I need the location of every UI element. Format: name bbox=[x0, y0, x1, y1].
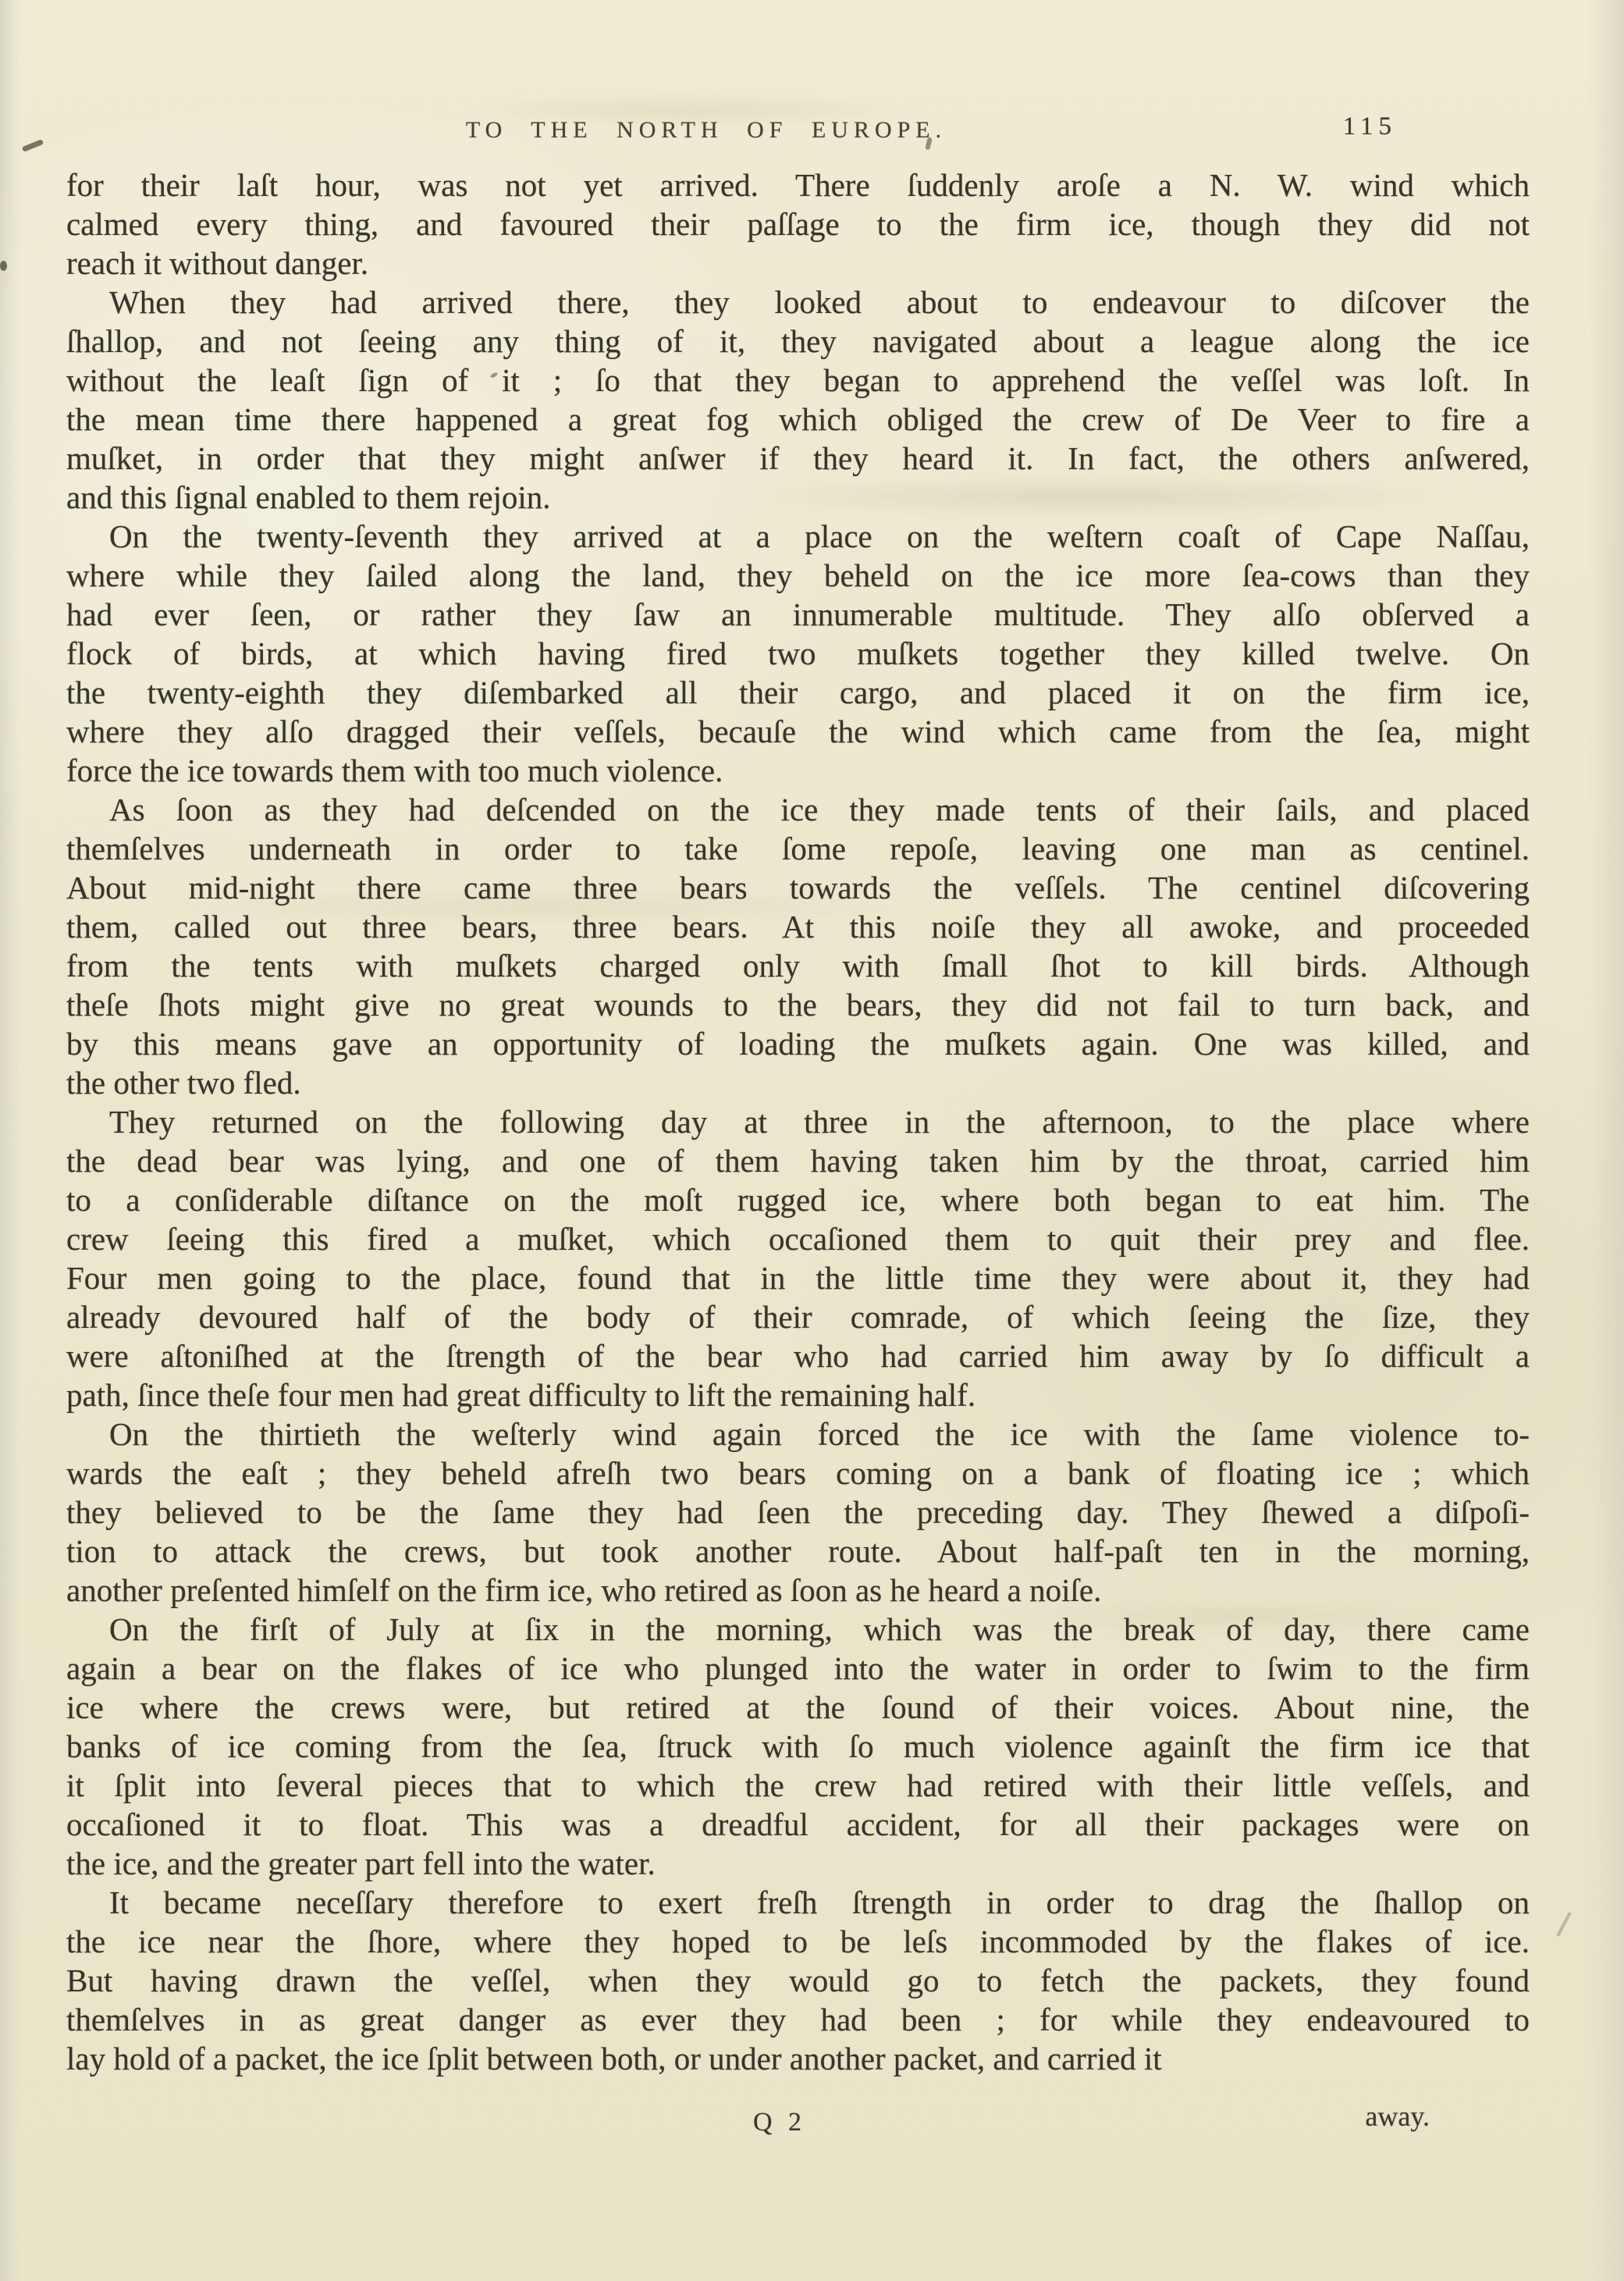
text-line: lay hold of a packet, the ice ſplit betw… bbox=[66, 2039, 1530, 2078]
text-line: without the leaſt ſign of it ; ſo that t… bbox=[66, 361, 1530, 400]
text-line: already devoured half of the body of the… bbox=[66, 1297, 1530, 1336]
text-line: to a conſiderable diſtance on the moſt r… bbox=[66, 1180, 1530, 1219]
text-line: they believed to be the ſame they had ſe… bbox=[66, 1493, 1530, 1532]
text-line: On the twenty-ſeventh they arrived at a … bbox=[66, 517, 1530, 556]
page-body: for their laſt hour, was not yet arrived… bbox=[66, 165, 1530, 2078]
text-line: them, called out three bears, three bear… bbox=[66, 907, 1530, 946]
text-line: another preſented himſelf on the firm ic… bbox=[66, 1571, 1530, 1610]
text-line: it ſplit into ſeveral pieces that to whi… bbox=[66, 1766, 1530, 1805]
text-line: When they had arrived there, they looked… bbox=[66, 283, 1530, 322]
text-line: the ice near the ſhore, where they hoped… bbox=[66, 1922, 1530, 1961]
text-line: the twenty-eighth they diſembarked all t… bbox=[66, 673, 1530, 712]
ink-speck bbox=[1556, 1912, 1571, 1937]
text-line: for their laſt hour, was not yet arrived… bbox=[66, 165, 1530, 205]
ink-speck bbox=[22, 139, 44, 152]
text-line: occaſioned it to float. This was a dread… bbox=[66, 1805, 1530, 1844]
text-line: where while they ſailed along the land, … bbox=[66, 556, 1530, 595]
catchword: away. bbox=[1365, 2100, 1430, 2133]
text-line: ice where the crews were, but retired at… bbox=[66, 1688, 1530, 1727]
text-line: where they alſo dragged their veſſels, b… bbox=[66, 712, 1530, 751]
text-line: On the firſt of July at ſix in the morni… bbox=[66, 1610, 1530, 1649]
text-line: the other two fled. bbox=[66, 1063, 1530, 1102]
text-line: On the thirtieth the weſterly wind again… bbox=[66, 1415, 1530, 1454]
text-line: the ice, and the greater part fell into … bbox=[66, 1844, 1530, 1883]
text-line: the mean time there happened a great fog… bbox=[66, 400, 1530, 439]
ink-speck bbox=[0, 261, 7, 271]
text-line: calmed every thing, and favoured their p… bbox=[66, 205, 1530, 244]
text-line: themſelves underneath in order to take ſ… bbox=[66, 829, 1530, 868]
text-line: from the tents with muſkets charged only… bbox=[66, 946, 1530, 985]
text-line: ſhallop, and not ſeeing any thing of it,… bbox=[66, 322, 1530, 361]
text-line: wards the eaſt ; they beheld afreſh two … bbox=[66, 1454, 1530, 1493]
text-line: force the ice towards them with too much… bbox=[66, 751, 1530, 790]
page-footer: Q 2 away. bbox=[66, 2100, 1530, 2147]
scanned-book-page: { "colors": { "paper": "#ece7cd", "ink":… bbox=[0, 0, 1624, 2281]
text-line: muſket, in order that they might anſwer … bbox=[66, 439, 1530, 478]
text-line: reach it without danger. bbox=[66, 244, 1530, 283]
text-line: theſe ſhots might give no great wounds t… bbox=[66, 985, 1530, 1024]
text-line: As ſoon as they had deſcended on the ice… bbox=[66, 790, 1530, 829]
text-line: and this ſignal enabled to them rejoin. bbox=[66, 478, 1530, 517]
text-line: the dead bear was lying, and one of them… bbox=[66, 1141, 1530, 1180]
text-line: banks of ice coming from the ſea, ſtruck… bbox=[66, 1727, 1530, 1766]
text-line: had ever ſeen, or rather they ſaw an inn… bbox=[66, 595, 1530, 634]
text-line: themſelves in as great danger as ever th… bbox=[66, 2000, 1530, 2039]
text-line: by this means gave an opportunity of loa… bbox=[66, 1024, 1530, 1063]
text-line: But having drawn the veſſel, when they w… bbox=[66, 1961, 1530, 2000]
text-line: They returned on the following day at th… bbox=[66, 1102, 1530, 1141]
page-header: TO THE NORTH OF EUROPE. 115 bbox=[66, 117, 1530, 158]
text-line: again a bear on the flakes of ice who pl… bbox=[66, 1649, 1530, 1688]
text-line: were aſtoniſhed at the ſtrength of the b… bbox=[66, 1336, 1530, 1375]
running-title: TO THE NORTH OF EUROPE. bbox=[66, 117, 1346, 144]
text-line: flock of birds, at which having fired tw… bbox=[66, 634, 1530, 673]
text-line: About mid-night there came three bears t… bbox=[66, 868, 1530, 907]
text-line: path, ſince theſe four men had great dif… bbox=[66, 1375, 1530, 1415]
page: TO THE NORTH OF EUROPE. 115 for their la… bbox=[0, 0, 1624, 2281]
text-line: Four men going to the place, found that … bbox=[66, 1258, 1530, 1297]
text-line: It became neceſſary therefore to exert f… bbox=[66, 1883, 1530, 1922]
text-line: tion to attack the crews, but took anoth… bbox=[66, 1532, 1530, 1571]
signature-mark: Q 2 bbox=[753, 2108, 806, 2137]
page-number: 115 bbox=[1343, 112, 1397, 141]
text-line: crew ſeeing this fired a muſket, which o… bbox=[66, 1219, 1530, 1258]
